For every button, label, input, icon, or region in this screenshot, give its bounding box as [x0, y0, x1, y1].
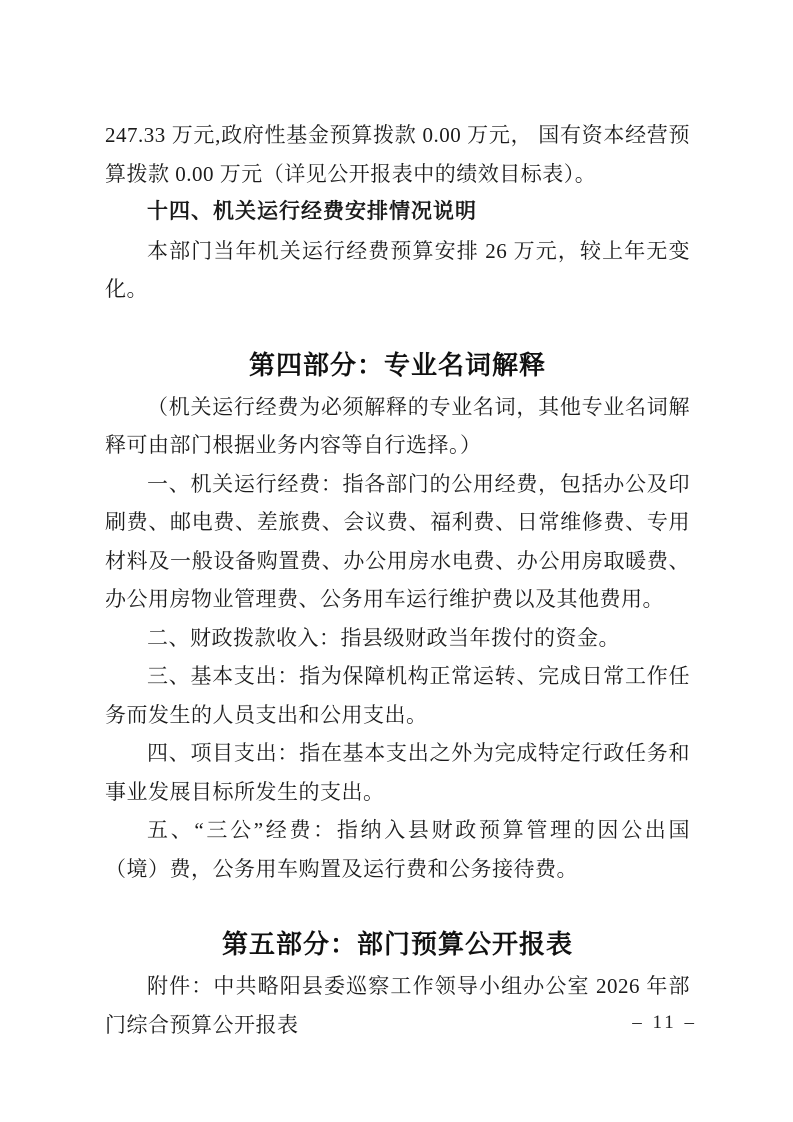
page-number: – 11 –: [632, 1012, 697, 1034]
term-basic-expenditure: 三、基本支出：指为保障机构正常运转、完成日常工作任务而发生的人员支出和公用支出。: [105, 657, 690, 734]
term-project-expenditure: 四、项目支出：指在基本支出之外为完成特定行政任务和事业发展目标所发生的支出。: [105, 734, 690, 811]
term-office-operating-expense: 一、机关运行经费：指各部门的公用经费，包括办公及印刷费、邮电费、差旅费、会议费、…: [105, 465, 690, 619]
term-fiscal-appropriation-income: 二、财政拨款收入：指县级财政当年拨付的资金。: [105, 619, 690, 658]
part-five-heading: 第五部分：部门预算公开报表: [105, 925, 690, 965]
page-content: 247.33 万元,政府性基金预算拨款 0.00 万元， 国有资本经营预算拨款 …: [105, 116, 690, 1044]
attachment-paragraph: 附件：中共略阳县委巡察工作领导小组办公室 2026 年部门综合预算公开报表: [105, 967, 690, 1044]
section-fourteen-body: 本部门当年机关运行经费预算安排 26 万元，较上年无变化。: [105, 232, 690, 309]
document-page: 247.33 万元,政府性基金预算拨款 0.00 万元， 国有资本经营预算拨款 …: [0, 0, 793, 1122]
term-three-public-funds: 五、“三公”经费：指纳入县财政预算管理的因公出国（境）费，公务用车购置及运行费和…: [105, 811, 690, 888]
part-four-heading: 第四部分：专业名词解释: [105, 346, 690, 386]
continuation-paragraph: 247.33 万元,政府性基金预算拨款 0.00 万元， 国有资本经营预算拨款 …: [105, 116, 690, 193]
part-four-intro: （机关运行经费为必须解释的专业名词，其他专业名词解释可由部门根据业务内容等自行选…: [105, 388, 690, 465]
section-fourteen-heading: 十四、机关运行经费安排情况说明: [105, 193, 690, 232]
